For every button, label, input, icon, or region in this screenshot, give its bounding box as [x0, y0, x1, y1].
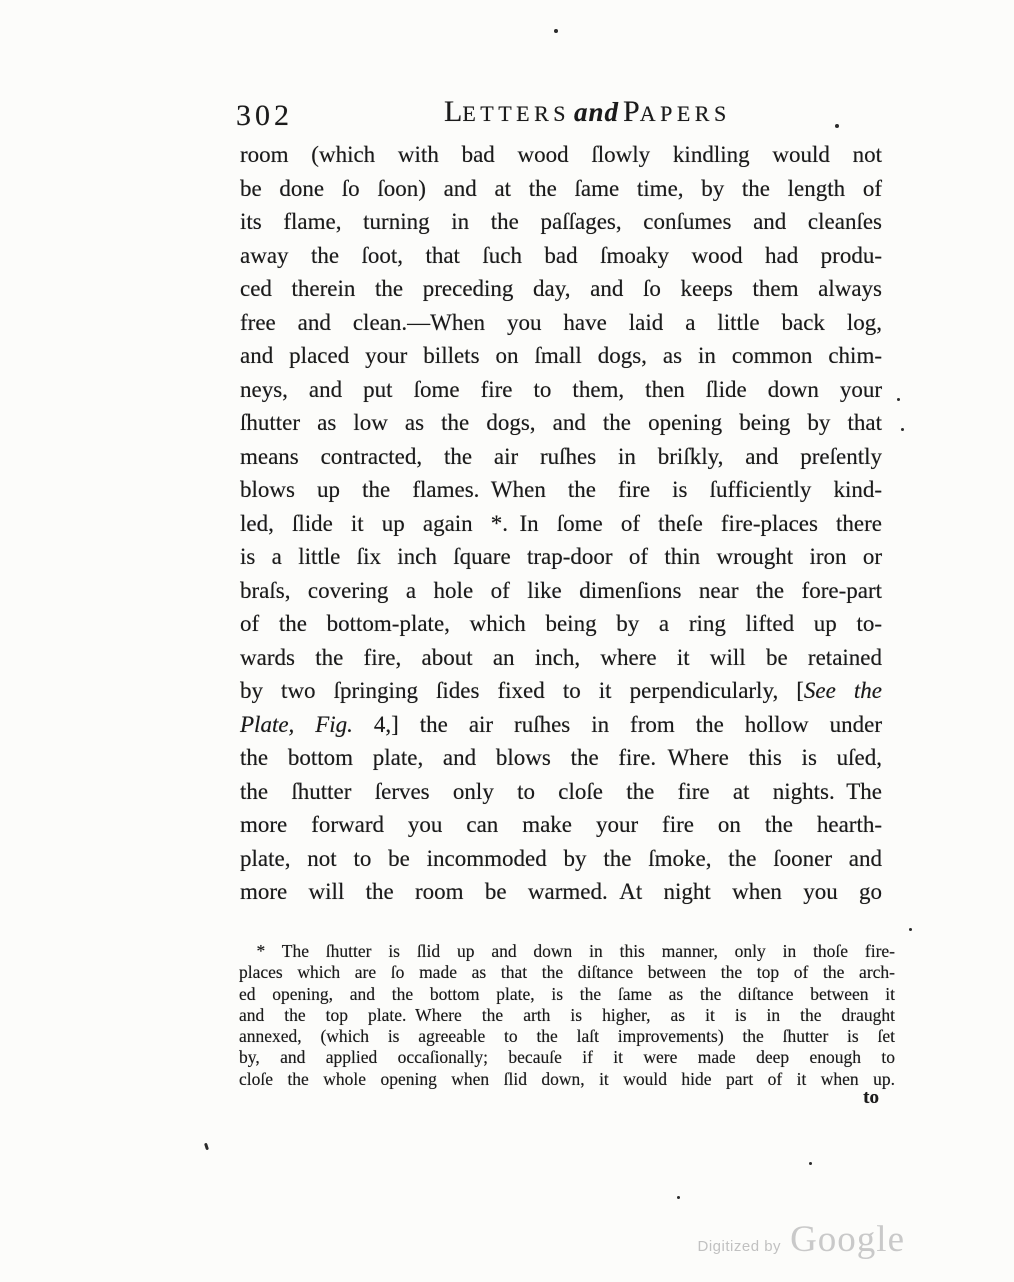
- text-line: and the top plate. Where the arth is hig…: [239, 1005, 895, 1026]
- text-line: ced therein the preceding day, and ſo ke…: [240, 272, 882, 306]
- text-line: braſs, covering a hole of like dimenſion…: [240, 574, 882, 608]
- text-line: more will the room be warmed. At night w…: [240, 875, 882, 909]
- text-line: its flame, turning in the paſſages, conſ…: [240, 205, 882, 239]
- google-logo: Google: [790, 1218, 905, 1261]
- scan-speck: [901, 428, 904, 431]
- running-head: LETTERS and PAPERS: [444, 95, 731, 129]
- text-line: Plate, Fig. 4,] the air ruſhes in from t…: [240, 708, 882, 742]
- text-line: ed opening, and the bottom plate, is the…: [239, 984, 895, 1005]
- scan-speck: [909, 928, 912, 931]
- body-text: room (which with bad wood ſlowly kindlin…: [240, 138, 882, 909]
- text-line: the bottom plate, and blows the fire. Wh…: [240, 741, 882, 775]
- text-line: neys, and put ſome fire to them, then ſl…: [240, 373, 882, 407]
- scan-speck: [809, 1162, 812, 1165]
- text-line: places which are ſo made as that the diſ…: [239, 962, 895, 983]
- scan-speck: [897, 398, 900, 401]
- scan-speck: [677, 1196, 680, 1199]
- google-watermark: Digitized by Google: [698, 1218, 905, 1261]
- page-number: 302: [236, 99, 293, 133]
- text-line: LETTERS and PAPERS: [444, 95, 731, 129]
- text-line: plate, not to be incommoded by the ſmoke…: [240, 842, 882, 876]
- text-line: ſhutter as low as the dogs, and the open…: [240, 406, 882, 440]
- text-line: away the ſoot, that ſuch bad ſmoaky wood…: [240, 239, 882, 273]
- text-line: is a little ſix inch ſquare trap-door of…: [240, 540, 882, 574]
- text-line: be done ſo ſoon) and at the ſame time, b…: [240, 172, 882, 206]
- text-line: and placed your billets on ſmall dogs, a…: [240, 339, 882, 373]
- catchword: to: [239, 1087, 879, 1109]
- text-line: free and clean.—When you have laid a lit…: [240, 306, 882, 340]
- text-line: the ſhutter ſerves only to cloſe the fir…: [240, 775, 882, 809]
- text-line: of the bottom-plate, which being by a ri…: [240, 607, 882, 641]
- text-line: * The ſhutter is ſlid up and down in thi…: [239, 941, 895, 962]
- text-line: blows up the flames. When the fire is ſu…: [240, 473, 882, 507]
- text-line: wards the fire, about an inch, where it …: [240, 641, 882, 675]
- scan-speck: [835, 124, 839, 128]
- digitized-by-label: Digitized by: [698, 1238, 782, 1255]
- footnote-text: * The ſhutter is ſlid up and down in thi…: [239, 941, 895, 1090]
- text-line: by two ſpringing ſides fixed to it perpe…: [240, 674, 882, 708]
- book-page-scan: 302 LETTERS and PAPERS room (which with …: [0, 0, 1014, 1282]
- text-line: means contracted, the air ruſhes in briſ…: [240, 440, 882, 474]
- text-line: annexed, (which is agreeable to the laſt…: [239, 1026, 895, 1047]
- scan-speck: [204, 1143, 209, 1151]
- scan-speck: [554, 29, 558, 33]
- text-line: more forward you can make your fire on t…: [240, 808, 882, 842]
- text-line: led, ſlide it up again *. In ſome of the…: [240, 507, 882, 541]
- text-line: room (which with bad wood ſlowly kindlin…: [240, 138, 882, 172]
- text-line: by, and applied occaſionally; becauſe if…: [239, 1047, 895, 1068]
